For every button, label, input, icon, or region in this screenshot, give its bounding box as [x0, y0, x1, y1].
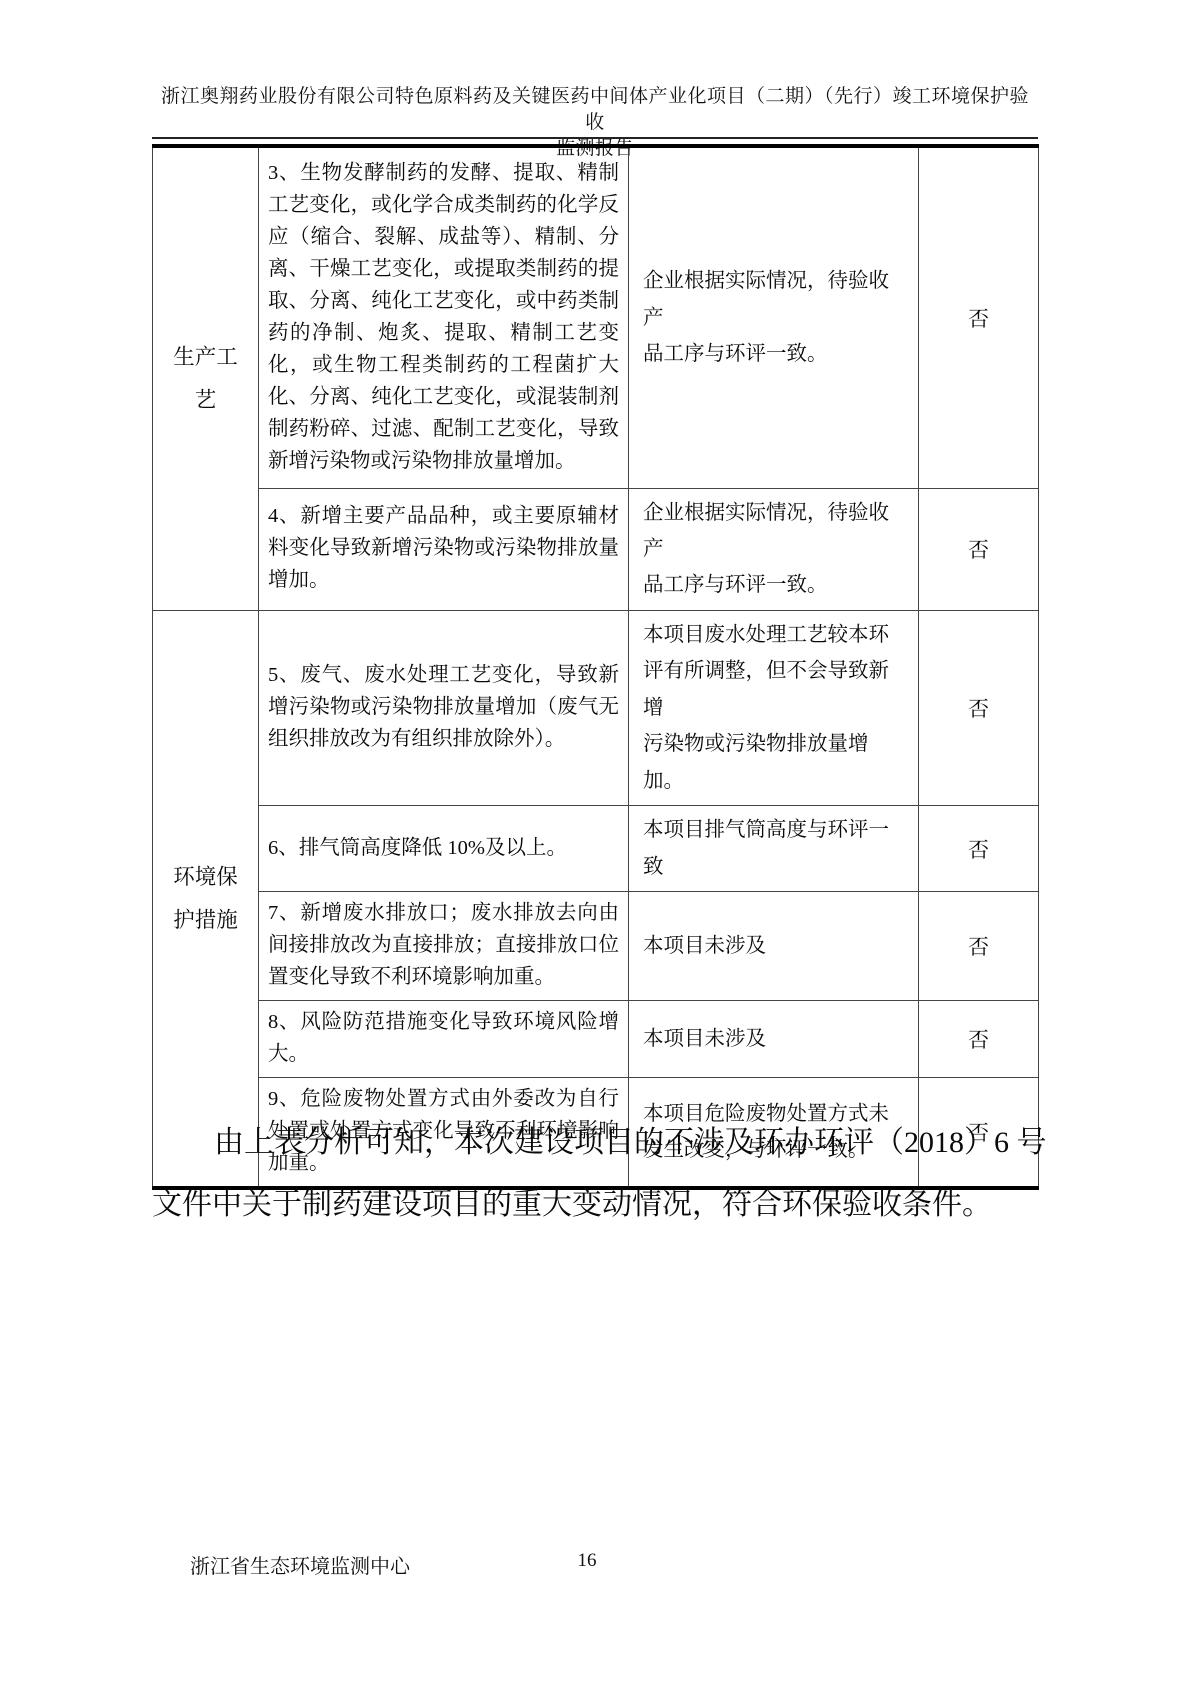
item-8-status-cell: 本项目未涉及: [629, 1001, 919, 1078]
page-number: 16: [557, 1550, 617, 1572]
section-label-env-protection: 环境保护措施: [153, 610, 259, 1188]
item-4-cell: 4、新增主要产品品种，或主要原辅材料变化导致新增污染物或污染物排放量增加。: [259, 488, 629, 610]
item-8-cell: 8、风险防范措施变化导致环境风险增大。: [259, 1001, 629, 1078]
item-7-status-cell: 本项目未涉及: [629, 892, 919, 1001]
conclusion-line-2: 文件中关于制药建设项目的重大变动情况，符合环保验收条件。: [152, 1174, 1052, 1236]
item-3-answer-cell: 否: [919, 146, 1039, 488]
item-8-answer-cell: 否: [919, 1001, 1039, 1078]
table-row-item-7: 7、新增废水排放口；废水排放去向由间接排放改为直接排放；直接排放口位置变化导致不…: [153, 892, 1039, 1001]
major-change-check-table: 生产工艺 3、生物发酵制药的发酵、提取、精制工艺变化，或化学合成类制药的化学反应…: [152, 144, 1039, 1190]
item-3-cell: 3、生物发酵制药的发酵、提取、精制工艺变化，或化学合成类制药的化学反应（缩合、裂…: [259, 146, 629, 488]
section-label-production-process: 生产工艺: [153, 146, 259, 610]
item-5-answer-cell: 否: [919, 610, 1039, 805]
footer-organization: 浙江省生态环境监测中心: [190, 1550, 410, 1579]
item-6-status-cell: 本项目排气筒高度与环评一 致: [629, 806, 919, 892]
report-page: 浙江奥翔药业股份有限公司特色原料药及关键医药中间体产业化项目（二期）（先行）竣工…: [0, 0, 1190, 1683]
item-7-answer-cell: 否: [919, 892, 1039, 1001]
conclusion-line-1: 由上表分析可知，本次建设项目的不涉及环办环评（2018）6 号: [152, 1112, 1052, 1174]
item-5-cell: 5、废气、废水处理工艺变化，导致新增污染物或污染物排放量增加（废气无组织排放改为…: [259, 610, 629, 805]
table-row-item-8: 8、风险防范措施变化导致环境风险增大。 本项目未涉及 否: [153, 1001, 1039, 1078]
table-row-item-6: 6、排气筒高度降低 10%及以上。 本项目排气筒高度与环评一 致 否: [153, 806, 1039, 892]
item-7-cell: 7、新增废水排放口；废水排放去向由间接排放改为直接排放；直接排放口位置变化导致不…: [259, 892, 629, 1001]
header-rule: [152, 137, 1038, 139]
table-row-item-5: 环境保护措施 5、废气、废水处理工艺变化，导致新增污染物或污染物排放量增加（废气…: [153, 610, 1039, 805]
item-6-cell: 6、排气筒高度降低 10%及以上。: [259, 806, 629, 892]
header-title-line1: 浙江奥翔药业股份有限公司特色原料药及关键医药中间体产业化项目（二期）（先行）竣工…: [152, 84, 1038, 136]
item-4-status-cell: 企业根据实际情况，待验收产 品工序与环评一致。: [629, 488, 919, 610]
conclusion-paragraph: 由上表分析可知，本次建设项目的不涉及环办环评（2018）6 号 文件中关于制药建…: [152, 1112, 1052, 1236]
item-3-status-cell: 企业根据实际情况，待验收产 品工序与环评一致。: [629, 146, 919, 488]
item-4-answer-cell: 否: [919, 488, 1039, 610]
table-row-item-3: 生产工艺 3、生物发酵制药的发酵、提取、精制工艺变化，或化学合成类制药的化学反应…: [153, 146, 1039, 488]
item-5-status-cell: 本项目废水处理工艺较本环 评有所调整，但不会导致新增 污染物或污染物排放量增加。: [629, 610, 919, 805]
item-6-answer-cell: 否: [919, 806, 1039, 892]
table-row-item-4: 4、新增主要产品品种，或主要原辅材料变化导致新增污染物或污染物排放量增加。 企业…: [153, 488, 1039, 610]
